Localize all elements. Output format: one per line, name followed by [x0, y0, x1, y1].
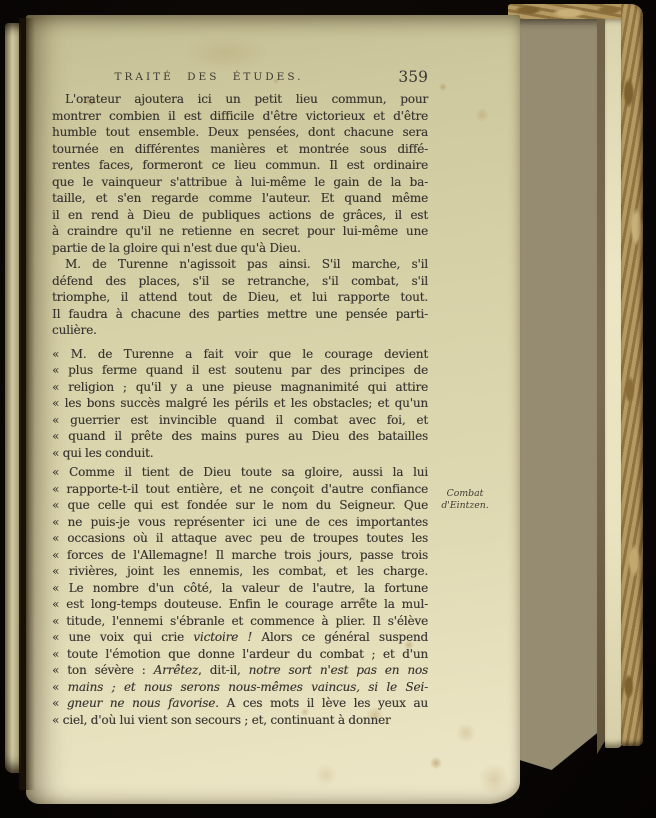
text-line: « M. de Turenne a fait voir que le coura…	[52, 346, 428, 363]
paragraph: L'orateur ajoutera ici un petit lieu com…	[52, 91, 428, 256]
paragraph: « Comme il tient de Dieu toute sa gloire…	[52, 464, 428, 728]
text-block: TRAITÉ DES ÉTUDES. 359 L'orateur ajouter…	[52, 68, 428, 728]
text-line: « ton sévère : Arrêtez, dit-il, notre so…	[52, 662, 428, 679]
text-line: « guerrier est invincible quand il comba…	[52, 412, 428, 429]
endpaper-edge-strip	[605, 16, 622, 748]
text-line: rentes faces, formeront ce lieu commun. …	[52, 157, 428, 174]
running-title: TRAITÉ DES ÉTUDES.	[52, 71, 366, 83]
text-line: taille, et s'en regarde comme l'auteur. …	[52, 190, 428, 207]
text-line: « forces de l'Allemagne! Il marche trois…	[52, 547, 428, 564]
text-line: il en rend à Dieu de publiques actions d…	[52, 207, 428, 224]
page-header: TRAITÉ DES ÉTUDES. 359	[52, 68, 428, 88]
text-line: « les bons succès malgré les périls et l…	[52, 395, 428, 412]
gutter-shadow	[19, 18, 35, 790]
book-page: TRAITÉ DES ÉTUDES. 359 L'orateur ajouter…	[26, 15, 520, 804]
margin-note-line: Combat	[424, 488, 506, 500]
text-line: « rivières, joint les ennemis, les comba…	[52, 563, 428, 580]
text-line: « quand il prête des mains pures au Dieu…	[52, 428, 428, 445]
text-line: L'orateur ajoutera ici un petit lieu com…	[52, 91, 428, 108]
margin-note-line: d'Eintzen.	[424, 500, 506, 512]
text-line: « Le nombre d'un côté, la valeur de l'au…	[52, 580, 428, 597]
text-line: « qui les conduit.	[52, 445, 428, 462]
page-number: 359	[398, 68, 428, 86]
text-line: tournée en différentes manières et montr…	[52, 141, 428, 158]
text-line: « que celle qui est fondée sur le nom du…	[52, 497, 428, 514]
text-line: partie de la gloire qui n'est due qu'à D…	[52, 240, 428, 257]
book-photo: TRAITÉ DES ÉTUDES. 359 L'orateur ajouter…	[0, 0, 656, 818]
text-line: « rapporte-t-il tout entière, et ne conç…	[52, 481, 428, 498]
text-line: montrer combien il est difficile d'être …	[52, 108, 428, 125]
text-block-lines: L'orateur ajoutera ici un petit lieu com…	[52, 91, 428, 728]
fore-edge-page-stack	[518, 18, 598, 770]
paragraph: « M. de Turenne a fait voir que le coura…	[52, 346, 428, 462]
text-line: « mains ; et nous serons nous-mêmes vain…	[52, 679, 428, 696]
marbled-cover-right-edge	[621, 4, 643, 746]
text-line: Il faudra à chacune des parties mettre u…	[52, 306, 428, 323]
text-line: « occasions où il attaque avec peu de tr…	[52, 530, 428, 547]
text-line: triomphe, il attend tout de Dieu, et lui…	[52, 289, 428, 306]
text-line: « titude, l'ennemi s'ébranle et commence…	[52, 613, 428, 630]
text-line: « une voix qui crie victoire ! Alors ce …	[52, 629, 428, 646]
text-line: « gneur ne nous favorise. A ces mots il …	[52, 695, 428, 712]
text-line: humble tout ensemble. Deux pensées, dont…	[52, 124, 428, 141]
text-line: « ne puis-je vous représenter ici une de…	[52, 514, 428, 531]
text-line: culière.	[52, 322, 428, 339]
text-line: défend des places, s'il se retranche, s'…	[52, 273, 428, 290]
text-line: à craindre qu'il ne retienne en secret p…	[52, 223, 428, 240]
paragraph: M. de Turenne n'agissoit pas ainsi. S'il…	[52, 256, 428, 339]
text-line: « Comme il tient de Dieu toute sa gloire…	[52, 464, 428, 481]
text-line: « toute l'émotion que donne l'ardeur du …	[52, 646, 428, 663]
text-line: « plus ferme quand il est soutenu par de…	[52, 362, 428, 379]
text-line: « est long-temps douteuse. Enfin le cour…	[52, 596, 428, 613]
text-line: « religion ; qu'il y a une pieuse magnan…	[52, 379, 428, 396]
text-line: que le vainqueur s'attribue à lui-même l…	[52, 174, 428, 191]
margin-note: Combat d'Eintzen.	[424, 488, 506, 511]
text-line: M. de Turenne n'agissoit pas ainsi. S'il…	[52, 256, 428, 273]
text-line: « ciel, d'où lui vient son secours ; et,…	[52, 712, 428, 729]
